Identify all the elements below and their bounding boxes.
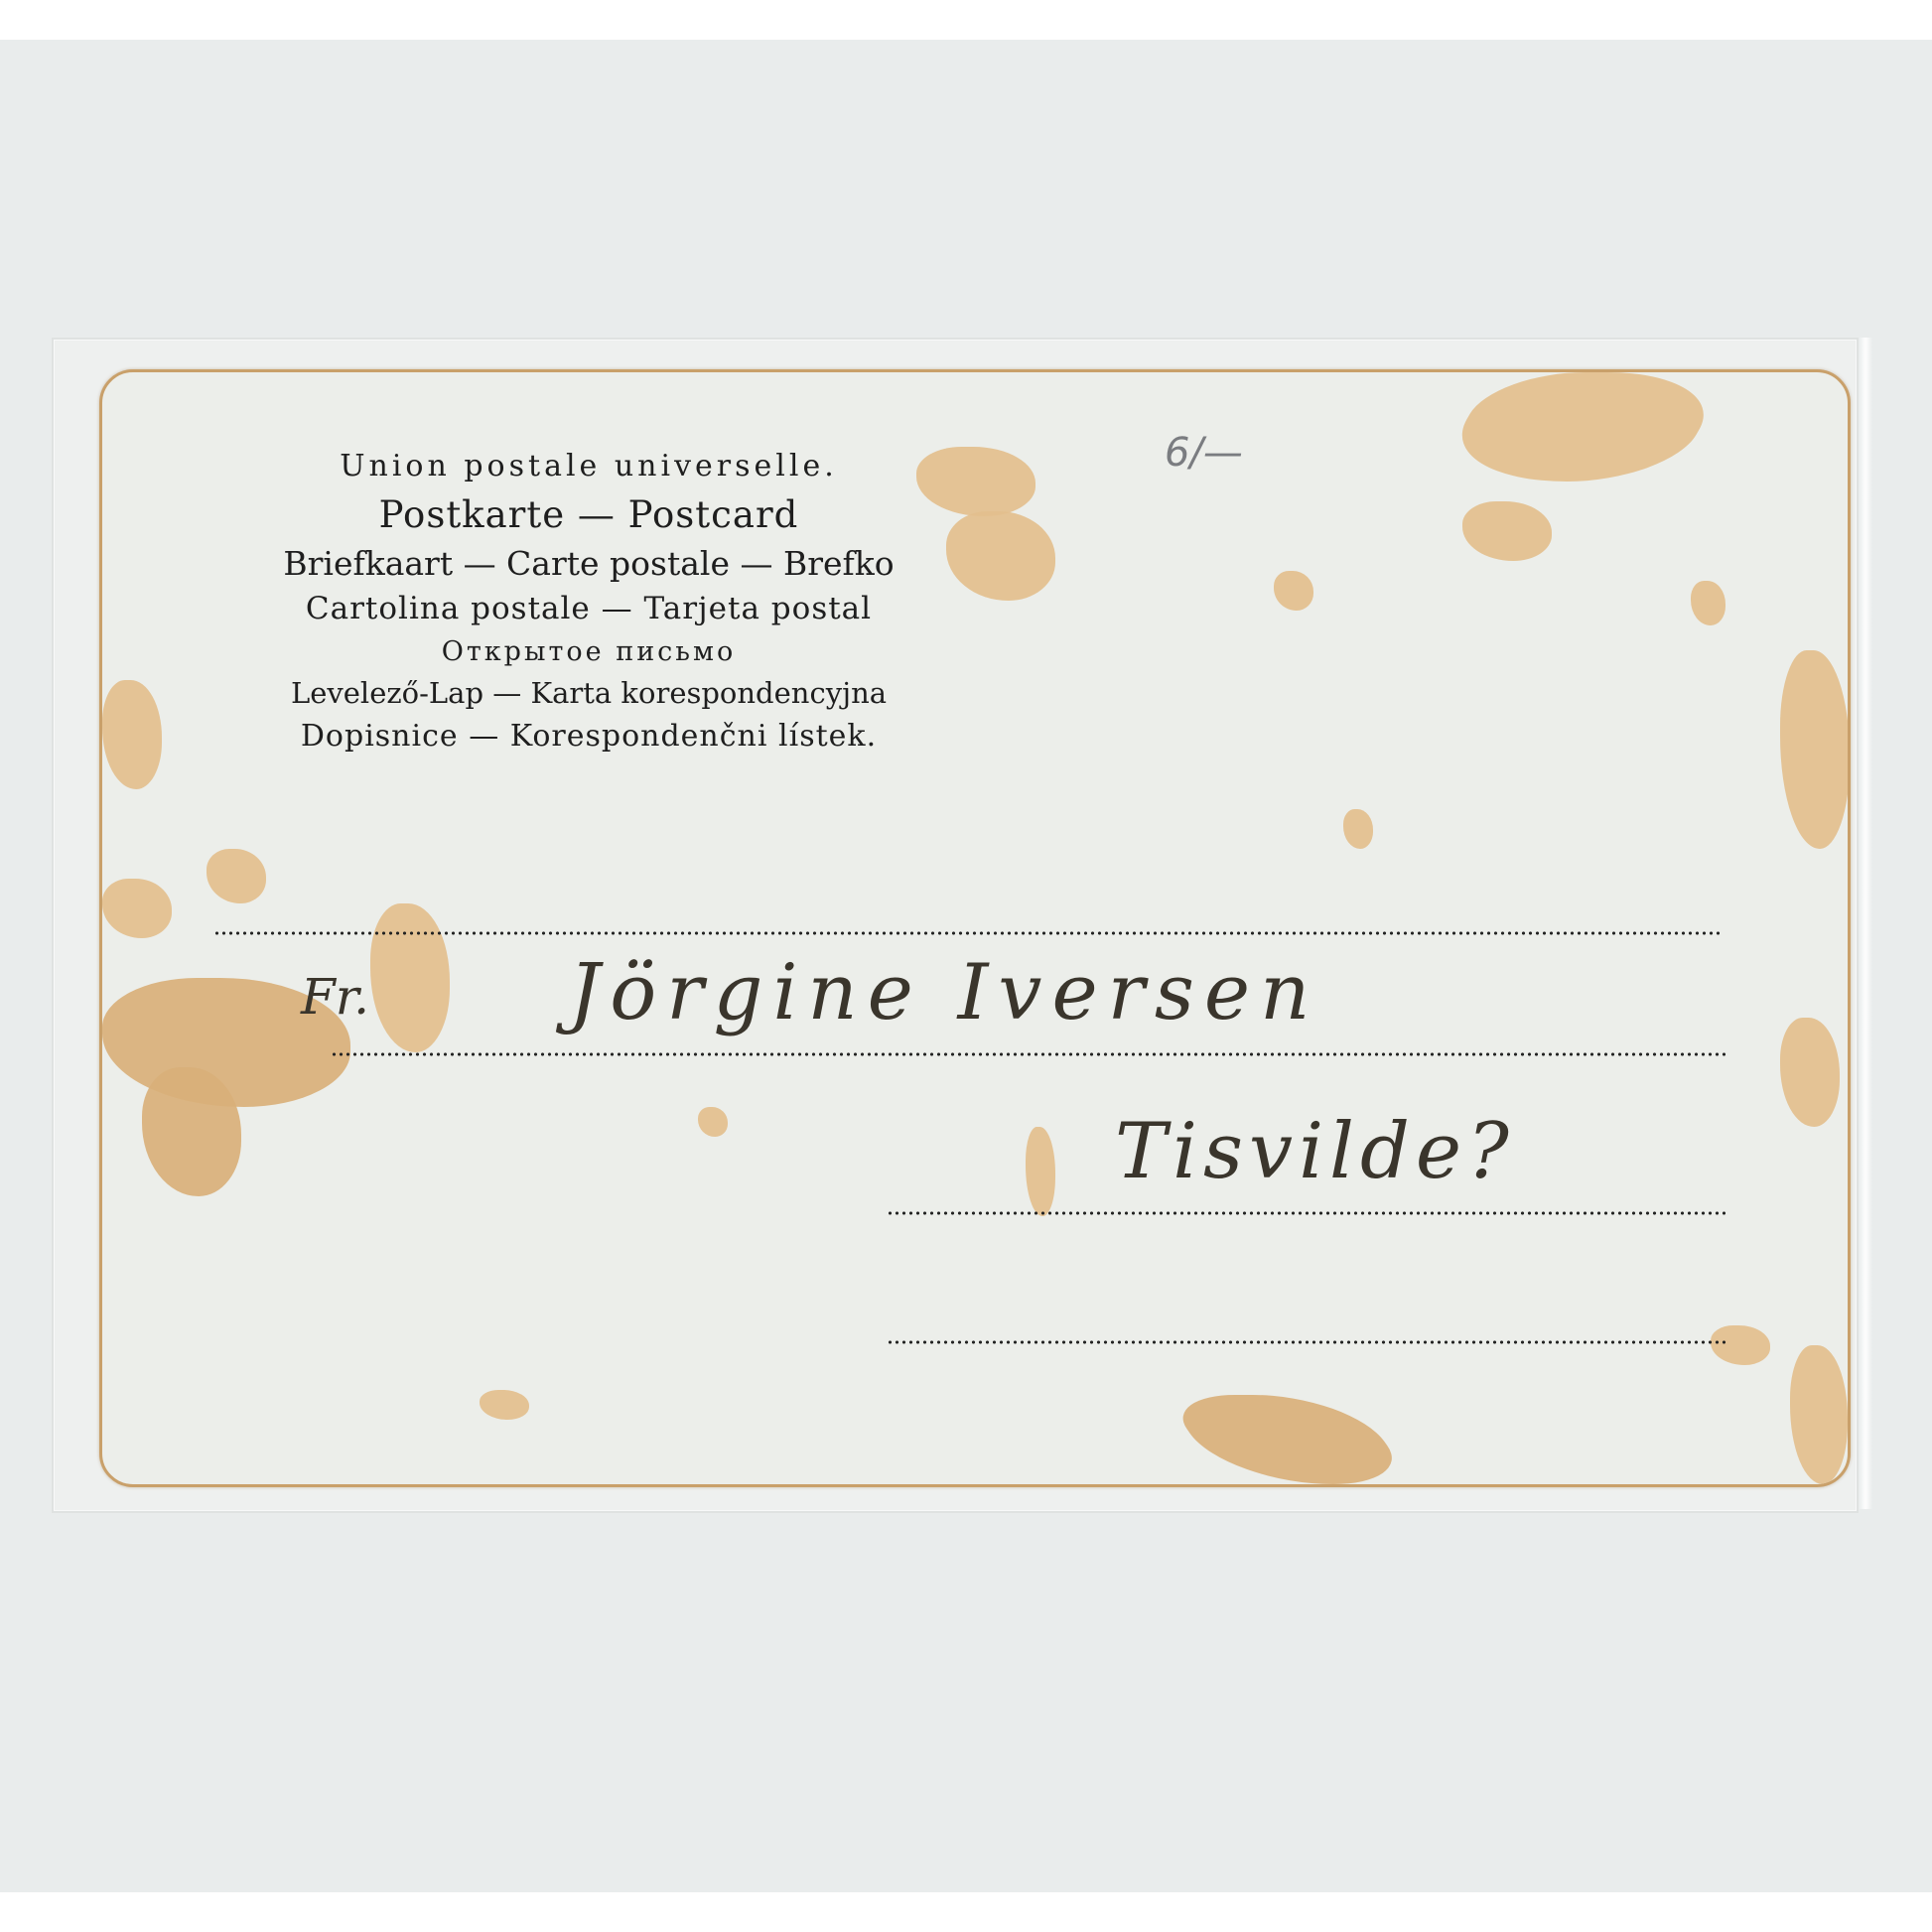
paper-loss-patch [1163, 1395, 1414, 1484]
paper-loss-patch [102, 879, 172, 938]
paper-loss-patch [1780, 650, 1850, 849]
sleeve-reflection [1859, 338, 1872, 1509]
paper-loss-patch [370, 903, 450, 1052]
pencil-price-note: 6/— [1165, 430, 1243, 476]
address-line-1 [213, 931, 1723, 935]
paper-loss-patch [142, 1067, 241, 1196]
handwritten-recipient: Jörgine Iversen [569, 948, 1319, 1037]
paper-loss-patch [1711, 1325, 1770, 1365]
paper-loss-patch [1691, 581, 1725, 625]
handwritten-city: Tisvilde? [1115, 1107, 1515, 1196]
header-dopisnice: Dopisnice — Korespondenčni lístek. [202, 722, 976, 752]
header-postkarte: Postkarte — Postcard [202, 496, 976, 533]
address-line-4 [887, 1340, 1725, 1344]
paper-loss-patch [698, 1107, 728, 1137]
address-line-3 [887, 1211, 1725, 1215]
header-russian: Открытое письмо [202, 638, 976, 665]
printed-header: Union postale universelle. Postkarte — P… [202, 452, 976, 752]
paper-loss-patch [1026, 1127, 1055, 1216]
address-line-2 [331, 1052, 1725, 1056]
handwritten-salutation: Fr. [301, 968, 369, 1026]
header-union-postale: Union postale universelle. [202, 452, 976, 482]
paper-loss-patch [1780, 1018, 1840, 1127]
header-briefkaart: Briefkaart — Carte postale — Brefko [202, 547, 976, 580]
header-levelezo: Levelező-Lap — Karta korespondencyjna [202, 679, 976, 708]
postcard-back: Union postale universelle. Postkarte — P… [99, 369, 1851, 1487]
paper-loss-patch [207, 849, 266, 903]
paper-loss-patch [1790, 1345, 1848, 1484]
paper-loss-patch [1462, 501, 1552, 561]
paper-loss-patch [480, 1390, 529, 1420]
header-cartolina: Cartolina postale — Tarjeta postal [202, 594, 976, 624]
paper-loss-patch [1343, 809, 1373, 849]
paper-loss-patch [1431, 372, 1732, 482]
paper-loss-patch [102, 680, 162, 789]
paper-loss-patch [1274, 571, 1313, 611]
